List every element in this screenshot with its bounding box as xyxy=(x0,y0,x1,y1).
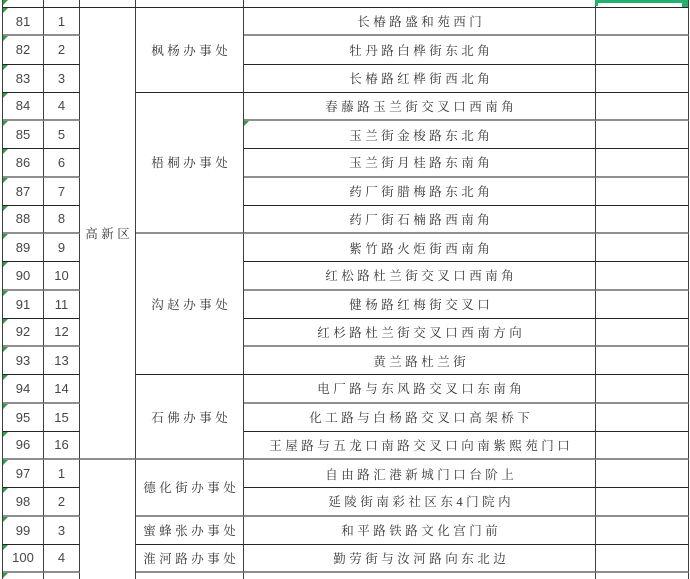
location-cell-text: 玉兰街月桂路东南角 xyxy=(346,153,494,171)
location-cell-text: 电厂路与东风路交叉口东南角 xyxy=(314,379,526,397)
sub-cell-text: 12 xyxy=(54,324,68,339)
error-indicator-icon xyxy=(3,404,8,409)
error-indicator-icon xyxy=(3,545,8,550)
error-indicator-icon xyxy=(3,178,8,183)
partial-top-cell[interactable] xyxy=(44,0,80,8)
office-cell-text: 枫杨办事处 xyxy=(148,41,232,59)
seq-cell-text: 82 xyxy=(16,42,30,57)
location-cell-text: 健杨路红梅街交叉口 xyxy=(346,295,494,313)
seq-cell-text: 95 xyxy=(16,410,30,425)
sub-cell[interactable]: 3 xyxy=(44,65,80,93)
seq-cell-text: 81 xyxy=(16,14,30,29)
location-cell-text: 红杉路杜兰街交叉口西南方向 xyxy=(314,323,526,341)
location-cell[interactable]: 勤劳街与汝河路向东北边 xyxy=(244,545,596,573)
seq-cell[interactable]: 82 xyxy=(3,36,44,64)
seq-cell-text: 97 xyxy=(16,466,30,481)
location-cell[interactable]: 自由路汇港新城门口台阶上 xyxy=(244,460,596,488)
sub-cell-text: 13 xyxy=(54,353,68,368)
location-cell[interactable]: 药厂街石楠路西南角 xyxy=(244,206,596,234)
seq-cell-text: 100 xyxy=(12,550,34,565)
sub-cell-text: 9 xyxy=(58,240,65,255)
seq-cell-text: 85 xyxy=(16,127,30,142)
error-indicator-icon xyxy=(244,121,249,126)
seq-cell[interactable]: 89 xyxy=(3,234,44,262)
error-indicator-icon xyxy=(3,65,8,70)
location-cell[interactable]: 化工路与白杨路交叉口高架桥下 xyxy=(244,404,596,432)
seq-cell-text: 98 xyxy=(16,494,30,509)
empty-cell[interactable] xyxy=(596,206,689,234)
seq-cell-text: 99 xyxy=(16,523,30,538)
error-indicator-icon xyxy=(3,149,8,154)
sub-cell[interactable]: 2 xyxy=(44,488,80,516)
seq-cell[interactable]: 99 xyxy=(3,517,44,545)
error-indicator-icon xyxy=(3,573,8,578)
error-indicator-icon xyxy=(3,319,8,324)
sub-cell[interactable]: 3 xyxy=(44,517,80,545)
seq-cell[interactable]: 92 xyxy=(3,319,44,347)
sub-cell-text: 6 xyxy=(58,155,65,170)
location-cell[interactable]: 黄兰路杜兰街 xyxy=(244,347,596,375)
location-cell-text: 自由路汇港新城门口台阶上 xyxy=(322,465,518,483)
seq-cell[interactable]: 83 xyxy=(3,65,44,93)
sub-cell[interactable]: 12 xyxy=(44,319,80,347)
partial-top-cell[interactable] xyxy=(80,0,136,8)
seq-cell-text: 83 xyxy=(16,71,30,86)
sub-cell-text: 2 xyxy=(58,494,65,509)
location-cell-text: 药厂街腊梅路东北角 xyxy=(346,182,494,200)
empty-cell[interactable] xyxy=(596,545,689,573)
error-indicator-icon xyxy=(3,460,8,465)
location-cell[interactable]: 红杉路杜兰街交叉口西南方向 xyxy=(244,319,596,347)
empty-cell[interactable] xyxy=(596,291,689,319)
location-cell[interactable]: 王屋路与五龙口南路交叉口向南紫熙苑门口 xyxy=(244,432,596,460)
sub-cell[interactable]: 5 xyxy=(44,121,80,149)
sub-cell-text: 7 xyxy=(58,184,65,199)
error-indicator-icon xyxy=(3,0,8,5)
office-cell[interactable]: 沟赵办事处 xyxy=(136,234,244,375)
empty-cell[interactable] xyxy=(596,517,689,545)
seq-cell[interactable]: 81 xyxy=(3,8,44,36)
partial-bottom-cell[interactable] xyxy=(596,573,689,579)
location-cell-text: 紫竹路火炬街西南角 xyxy=(346,239,494,257)
sub-cell[interactable]: 11 xyxy=(44,291,80,319)
sub-cell-text: 1 xyxy=(58,14,65,29)
seq-cell[interactable]: 95 xyxy=(3,404,44,432)
error-indicator-icon xyxy=(3,488,8,493)
location-cell-text: 红松路杜兰街交叉口西南角 xyxy=(322,266,518,284)
seq-cell-text: 89 xyxy=(16,240,30,255)
sub-cell[interactable]: 2 xyxy=(44,36,80,64)
location-cell-text: 长椿路红桦街西北角 xyxy=(346,69,494,87)
location-cell-text: 药厂街石楠路西南角 xyxy=(346,210,494,228)
sub-cell[interactable]: 7 xyxy=(44,178,80,206)
partial-bottom-cell[interactable] xyxy=(3,573,44,579)
partial-top-cell[interactable] xyxy=(3,0,44,8)
sub-cell[interactable]: 1 xyxy=(44,8,80,36)
seq-cell[interactable]: 87 xyxy=(3,178,44,206)
office-cell[interactable]: 梧桐办事处 xyxy=(136,93,244,234)
empty-cell[interactable] xyxy=(596,404,689,432)
seq-cell-text: 94 xyxy=(16,381,30,396)
empty-cell[interactable] xyxy=(596,488,689,516)
sub-cell-text: 3 xyxy=(58,523,65,538)
empty-cell[interactable] xyxy=(596,460,689,488)
office-cell-text: 石佛办事处 xyxy=(148,408,232,426)
empty-cell[interactable] xyxy=(596,347,689,375)
seq-cell[interactable]: 94 xyxy=(3,375,44,403)
sub-cell[interactable]: 4 xyxy=(44,545,80,573)
partial-bottom-cell[interactable] xyxy=(44,573,80,579)
location-cell[interactable]: 春藤路玉兰街交叉口西南角 xyxy=(244,93,596,121)
sub-cell-text: 1 xyxy=(58,466,65,481)
location-cell-text: 黄兰路杜兰街 xyxy=(370,352,470,370)
seq-cell-text: 92 xyxy=(16,324,30,339)
location-cell[interactable]: 健杨路红梅街交叉口 xyxy=(244,291,596,319)
location-cell[interactable]: 长椿路红桦街西北角 xyxy=(244,65,596,93)
error-indicator-icon xyxy=(3,234,8,239)
sub-cell[interactable]: 10 xyxy=(44,262,80,290)
seq-cell[interactable]: 96 xyxy=(3,432,44,460)
empty-cell[interactable] xyxy=(596,93,689,121)
seq-cell-text: 90 xyxy=(16,268,30,283)
seq-cell[interactable]: 97 xyxy=(3,460,44,488)
error-indicator-icon xyxy=(3,8,8,13)
error-indicator-icon xyxy=(3,375,8,380)
office-cell-text: 淮河路办事处 xyxy=(140,549,240,567)
seq-cell[interactable]: 91 xyxy=(3,291,44,319)
sub-cell-text: 8 xyxy=(58,211,65,226)
sub-cell-text: 10 xyxy=(54,268,68,283)
seq-cell-text: 96 xyxy=(16,437,30,452)
location-cell[interactable]: 紫竹路火炬街西南角 xyxy=(244,234,596,262)
empty-cell[interactable] xyxy=(596,262,689,290)
seq-cell-text: 84 xyxy=(16,98,30,113)
seq-cell[interactable]: 88 xyxy=(3,206,44,234)
location-cell-text: 勤劳街与汝河路向东北边 xyxy=(330,549,510,567)
location-cell-text: 长椿路盛和苑西门 xyxy=(354,12,486,30)
partial-top-cell[interactable] xyxy=(244,0,596,8)
empty-cell[interactable] xyxy=(596,319,689,347)
sub-cell-text: 4 xyxy=(58,98,65,113)
sub-cell[interactable]: 9 xyxy=(44,234,80,262)
empty-cell[interactable] xyxy=(596,65,689,93)
sub-cell[interactable]: 16 xyxy=(44,432,80,460)
seq-cell[interactable]: 98 xyxy=(3,488,44,516)
sub-cell-text: 14 xyxy=(54,381,68,396)
seq-cell[interactable]: 84 xyxy=(3,93,44,121)
partial-bottom-cell[interactable] xyxy=(136,573,244,579)
sub-cell[interactable]: 14 xyxy=(44,375,80,403)
seq-cell-text: 93 xyxy=(16,353,30,368)
location-cell[interactable]: 玉兰街月桂路东南角 xyxy=(244,149,596,177)
sub-cell-text: 4 xyxy=(58,550,65,565)
location-cell[interactable]: 玉兰街金梭路东北角 xyxy=(244,121,596,149)
seq-cell[interactable]: 90 xyxy=(3,262,44,290)
error-indicator-icon xyxy=(3,291,8,296)
empty-cell[interactable] xyxy=(596,178,689,206)
seq-cell-text: 91 xyxy=(16,297,30,312)
location-cell-text: 延陵街南彩社区东4门院内 xyxy=(325,492,514,510)
location-cell-text: 和平路铁路文化宫门前 xyxy=(338,521,502,539)
empty-cell[interactable] xyxy=(596,8,689,36)
sub-cell-text: 16 xyxy=(54,437,68,452)
office-cell-text: 梧桐办事处 xyxy=(148,153,232,171)
error-indicator-icon xyxy=(3,262,8,267)
sub-cell[interactable]: 1 xyxy=(44,460,80,488)
error-indicator-icon xyxy=(3,93,8,98)
district-cell[interactable]: 高新区 xyxy=(80,8,136,460)
partial-top-cell[interactable] xyxy=(596,0,689,8)
sub-cell-text: 5 xyxy=(58,127,65,142)
empty-cell[interactable] xyxy=(596,36,689,64)
seq-cell-text: 88 xyxy=(16,211,30,226)
office-cell-text: 德化街办事处 xyxy=(140,478,240,496)
sub-cell[interactable]: 15 xyxy=(44,404,80,432)
location-cell[interactable]: 长椿路盛和苑西门 xyxy=(244,8,596,36)
office-cell[interactable]: 蜜蜂张办事处 xyxy=(136,517,244,545)
error-indicator-icon xyxy=(3,36,8,41)
location-cell[interactable]: 电厂路与东风路交叉口东南角 xyxy=(244,375,596,403)
sub-cell[interactable]: 4 xyxy=(44,93,80,121)
empty-cell[interactable] xyxy=(596,432,689,460)
partial-top-cell[interactable] xyxy=(136,0,244,8)
spreadsheet: 811长椿路盛和苑西门822牡丹路白桦街东北角833长椿路红桦街西北角844春藤… xyxy=(0,0,690,579)
location-cell-text: 牡丹路白桦街东北角 xyxy=(346,41,494,59)
error-indicator-icon xyxy=(3,347,8,352)
seq-cell[interactable]: 100 xyxy=(3,545,44,573)
location-cell[interactable]: 和平路铁路文化宫门前 xyxy=(244,517,596,545)
table-grid: 811长椿路盛和苑西门822牡丹路白桦街东北角833长椿路红桦街西北角844春藤… xyxy=(2,0,689,579)
office-cell[interactable]: 石佛办事处 xyxy=(136,375,244,460)
office-cell[interactable]: 枫杨办事处 xyxy=(136,8,244,93)
location-cell[interactable]: 药厂街腊梅路东北角 xyxy=(244,178,596,206)
error-indicator-icon xyxy=(3,517,8,522)
sub-cell-text: 2 xyxy=(58,42,65,57)
error-indicator-icon xyxy=(3,432,8,437)
error-indicator-icon xyxy=(3,206,8,211)
sub-cell[interactable]: 8 xyxy=(44,206,80,234)
sub-cell-text: 11 xyxy=(55,297,69,312)
empty-cell[interactable] xyxy=(596,375,689,403)
district-cell-text: 高新区 xyxy=(82,224,134,242)
location-cell-text: 化工路与白杨路交叉口高架桥下 xyxy=(306,408,534,426)
office-cell-text: 蜜蜂张办事处 xyxy=(140,521,240,539)
location-cell[interactable]: 延陵街南彩社区东4门院内 xyxy=(244,488,596,516)
location-cell-text: 王屋路与五龙口南路交叉口向南紫熙苑门口 xyxy=(266,436,574,454)
seq-cell[interactable]: 86 xyxy=(3,149,44,177)
seq-cell[interactable]: 85 xyxy=(3,121,44,149)
sub-cell[interactable]: 13 xyxy=(44,347,80,375)
seq-cell-text: 87 xyxy=(16,184,30,199)
sub-cell-text: 15 xyxy=(54,410,68,425)
office-cell-text: 沟赵办事处 xyxy=(148,295,232,313)
empty-cell[interactable] xyxy=(596,149,689,177)
error-indicator-icon xyxy=(3,121,8,126)
location-cell-text: 春藤路玉兰街交叉口西南角 xyxy=(322,97,518,115)
office-cell[interactable]: 淮河路办事处 xyxy=(136,545,244,573)
sub-cell-text: 3 xyxy=(58,71,65,86)
district-cell[interactable] xyxy=(80,460,136,579)
office-cell[interactable]: 德化街办事处 xyxy=(136,460,244,517)
location-cell[interactable]: 红松路杜兰街交叉口西南角 xyxy=(244,262,596,290)
seq-cell-text: 86 xyxy=(16,155,30,170)
sub-cell[interactable]: 6 xyxy=(44,149,80,177)
partial-bottom-cell[interactable] xyxy=(244,573,596,579)
location-cell[interactable]: 牡丹路白桦街东北角 xyxy=(244,36,596,64)
location-cell-text: 玉兰街金梭路东北角 xyxy=(346,126,494,144)
seq-cell[interactable]: 93 xyxy=(3,347,44,375)
empty-cell[interactable] xyxy=(596,234,689,262)
empty-cell[interactable] xyxy=(596,121,689,149)
